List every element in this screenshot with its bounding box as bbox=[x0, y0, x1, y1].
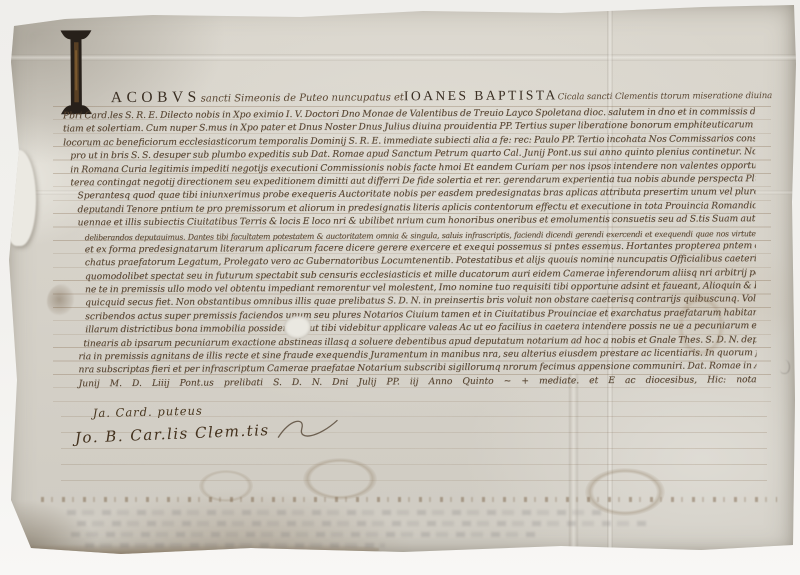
heading-name-iacobus: ACOBVS bbox=[111, 89, 201, 108]
show-through-line bbox=[77, 521, 652, 526]
manuscript-content: ACOBVS sancti Simeonis de Puteo nuncupat… bbox=[2, 0, 800, 575]
body-text: Pbri Card.les S. R. E. Dilecto nobis in … bbox=[63, 106, 757, 391]
heading-name-ioanes-baptista: IOANES BAPTISTA bbox=[404, 87, 558, 104]
heading-script-rest: Cicala sancti Clementis ttorum miseratio… bbox=[558, 91, 773, 102]
parchment-sheet: ACOBVS sancti Simeonis de Puteo nuncupat… bbox=[3, 2, 797, 559]
show-through-line bbox=[67, 510, 607, 515]
signature-cicala-text: Jo. B. Car.lis Clem.tis bbox=[75, 421, 270, 447]
signature-cardinal-cicala: Jo. B. Car.lis Clem.tis bbox=[74, 415, 342, 452]
show-through-line bbox=[71, 532, 541, 537]
show-through-line bbox=[85, 543, 385, 548]
heading-script-mid: sancti Simeonis de Puteo nuncupatus et bbox=[201, 92, 404, 104]
signature-paraph-flourish bbox=[275, 415, 342, 444]
signature-cardinal-puteus: Ja. Card. puteus bbox=[93, 404, 203, 421]
text-block: ACOBVS sancti Simeonis de Puteo nuncupat… bbox=[63, 85, 757, 391]
photo-backdrop: ACOBVS sancti Simeonis de Puteo nuncupat… bbox=[0, 0, 800, 575]
show-through-text bbox=[67, 510, 667, 554]
heading-line: ACOBVS sancti Simeonis de Puteo nuncupat… bbox=[63, 85, 755, 108]
